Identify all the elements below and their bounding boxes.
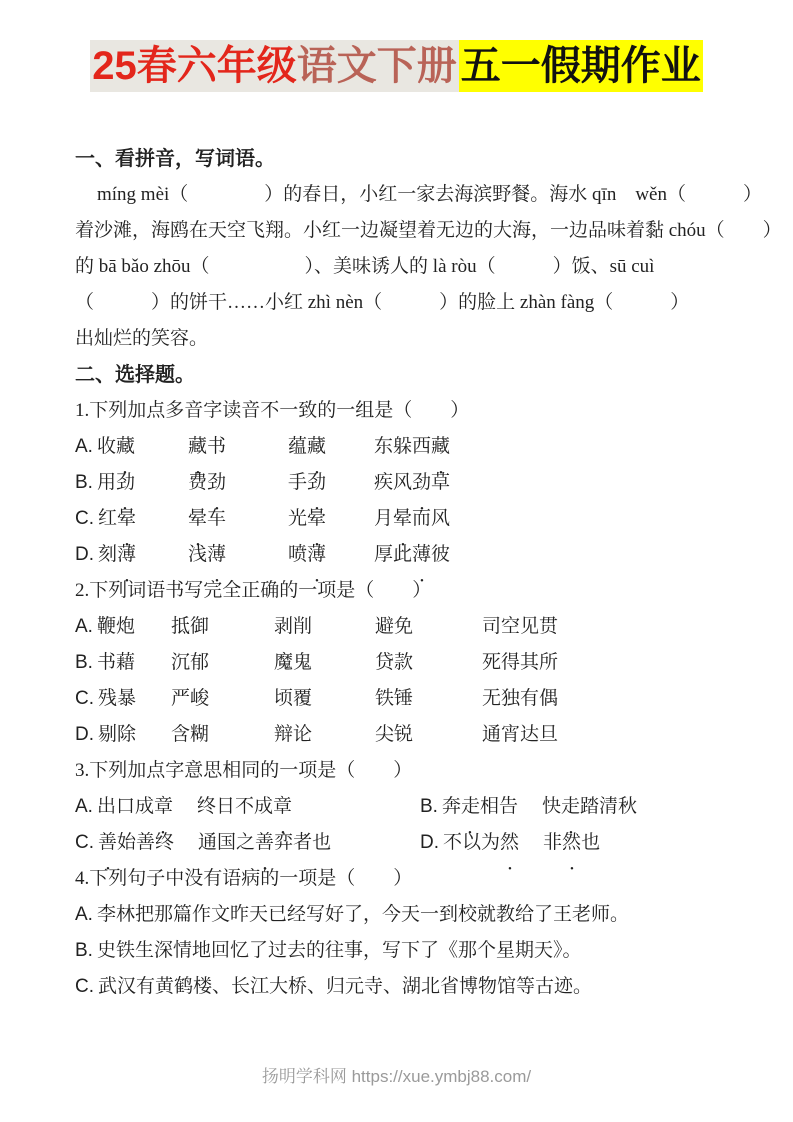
option-sentence: 李林把那篇作文昨天已经写好了，今天一到校就教给了王老师。	[97, 904, 629, 925]
option-word: 辩论	[274, 717, 375, 753]
pinyin-paragraph-line-2: 着沙滩，海鸥在天空飞翔。小红一边凝望着无边的大海，一边品味着黏 chóu（ ）	[75, 213, 725, 249]
question3-options-row-2: C.善始善终通国之善弈者也 D.不以为然非然也	[75, 825, 725, 861]
option-cell: D.刻薄	[75, 537, 188, 573]
question3-option-a: A.出口成章终日不成章	[75, 789, 420, 825]
question2-option-c: C.残暴 严峻 顷覆 铁锤 无独有偶	[75, 681, 725, 717]
option-letter: A.	[75, 796, 93, 817]
option-word: 收藏	[97, 436, 135, 457]
option-word: 铁锤	[375, 681, 482, 717]
question2-stem: 2.下列词语书写完全正确的一项是（ ）	[75, 573, 725, 609]
title-book-text: 语文下册	[297, 44, 457, 88]
option-word: 顷覆	[274, 681, 375, 717]
option-word: 刻薄	[98, 544, 136, 565]
option-word: 沉郁	[171, 645, 274, 681]
option-word: 厚此薄彼	[374, 537, 725, 573]
option-letter: C.	[75, 832, 94, 853]
option-letter: C.	[75, 688, 94, 709]
option-word: 抵御	[171, 609, 274, 645]
option-word: 晕车	[188, 501, 288, 537]
question4-option-b: B.史铁生深情地回忆了过去的往事，写下了《那个星期天》。	[75, 933, 725, 969]
option-word: 剔除	[98, 724, 136, 745]
option-phrase: 出口成章	[97, 796, 173, 817]
option-phrase: 终日不成章	[197, 796, 292, 817]
option-word: 月晕而风	[374, 501, 725, 537]
question2-option-a: A.鞭炮 抵御 剥削 避免 司空见贯	[75, 609, 725, 645]
question4-option-a: A.李林把那篇作文昨天已经写好了，今天一到校就教给了王老师。	[75, 897, 725, 933]
title-grade-text: 25春六年级	[92, 44, 297, 88]
option-word: 尖锐	[375, 717, 482, 753]
question1-option-d: D.刻薄 浅薄 喷薄 厚此薄彼	[75, 537, 725, 573]
option-word: 书藉	[97, 652, 135, 673]
option-cell: D.剔除	[75, 717, 171, 753]
option-phrase: 通国之善弈者也	[198, 832, 331, 853]
option-phrase: 非然也	[543, 832, 600, 853]
option-word: 通宵达旦	[482, 717, 725, 753]
option-letter: A.	[75, 436, 93, 457]
option-word: 喷薄	[288, 537, 374, 573]
question1-option-a: A.收藏 藏书 蕴藏 东躲西藏	[75, 429, 725, 465]
option-word: 浅薄	[188, 537, 288, 573]
title-course-segment: 25春六年级语文下册	[90, 40, 459, 92]
question3-options-row-1: A.出口成章终日不成章 B.奔走相告快走踏清秋	[75, 789, 725, 825]
option-word: 红晕	[98, 508, 136, 529]
option-cell: B.书藉	[75, 645, 171, 681]
option-phrase: 快走踏清秋	[542, 796, 637, 817]
option-sentence: 史铁生深情地回忆了过去的往事，写下了《那个星期天》。	[97, 940, 582, 961]
question2-option-d: D.剔除 含糊 辩论 尖锐 通宵达旦	[75, 717, 725, 753]
option-letter: B.	[420, 796, 438, 817]
question1-stem: 1.下列加点多音字读音不一致的一组是（ ）	[75, 393, 725, 429]
worksheet-body: 一、看拼音，写词语。 míng mèi（ ）的春日，小红一家去海滨野餐。海水 q…	[75, 141, 725, 1005]
option-letter: A.	[75, 616, 93, 637]
option-word: 避免	[375, 609, 482, 645]
pinyin-paragraph-line-5: 出灿烂的笑容。	[75, 321, 725, 357]
pinyin-paragraph-line-3: 的 bā bǎo zhōu（ ）、美味诱人的 là ròu（ ）饭、sū cuì	[75, 249, 725, 285]
section1-heading: 一、看拼音，写词语。	[75, 141, 725, 177]
worksheet-page: 25春六年级语文下册五一假期作业 一、看拼音，写词语。 míng mèi（ ）的…	[0, 0, 793, 1122]
question3-stem: 3.下列加点字意思相同的一项是（ ）	[75, 753, 725, 789]
option-word: 疾风劲草	[374, 465, 725, 501]
option-word: 手劲	[288, 465, 374, 501]
pinyin-paragraph-line-1: míng mèi（ ）的春日，小红一家去海滨野餐。海水 qīn wěn（ ）	[75, 177, 725, 213]
option-word: 魔鬼	[274, 645, 375, 681]
option-letter: D.	[75, 544, 94, 565]
footer-watermark: 扬明学科网 https://xue.ymbj88.com/	[0, 1062, 793, 1087]
option-phrase: 奔走相告	[442, 796, 518, 817]
option-letter: D.	[420, 832, 439, 853]
question3-option-c: C.善始善终通国之善弈者也	[75, 825, 420, 861]
question3-option-b: B.奔走相告快走踏清秋	[420, 789, 725, 825]
question4-stem: 4.下列句子中没有语病的一项是（ ）	[75, 861, 725, 897]
option-word: 剥削	[274, 609, 375, 645]
question1-option-b: B.用劲 费劲 手劲 疾风劲草	[75, 465, 725, 501]
option-word: 严峻	[171, 681, 274, 717]
option-word: 含糊	[171, 717, 274, 753]
option-word: 东躲西藏	[374, 429, 725, 465]
pinyin-paragraph-line-4: （ ）的饼干……小红 zhì nèn（ ）的脸上 zhàn fàng（ ）	[75, 285, 725, 321]
option-letter: C.	[75, 508, 94, 529]
option-cell: A.鞭炮	[75, 609, 171, 645]
option-cell: C.红晕	[75, 501, 188, 537]
title-highlight-text: 五一假期作业	[459, 40, 703, 92]
option-letter: D.	[75, 724, 94, 745]
option-cell: B.用劲	[75, 465, 188, 501]
option-letter: B.	[75, 652, 93, 673]
option-sentence: 武汉有黄鹤楼、长江大桥、归元寺、湖北省博物馆等古迹。	[98, 976, 592, 997]
question3-option-d: D.不以为然非然也	[420, 825, 725, 861]
page-title: 25春六年级语文下册五一假期作业	[0, 40, 793, 92]
option-word: 残暴	[98, 688, 136, 709]
question4-option-c: C.武汉有黄鹤楼、长江大桥、归元寺、湖北省博物馆等古迹。	[75, 969, 725, 1005]
option-word: 藏书	[188, 429, 288, 465]
option-cell: C.残暴	[75, 681, 171, 717]
option-word: 用劲	[97, 472, 135, 493]
option-word: 蕴藏	[288, 429, 374, 465]
option-letter: B.	[75, 472, 93, 493]
option-word: 无独有偶	[482, 681, 725, 717]
option-word: 死得其所	[482, 645, 725, 681]
option-word: 光晕	[288, 501, 374, 537]
option-word: 司空见贯	[482, 609, 725, 645]
section2-heading: 二、选择题。	[75, 357, 725, 393]
question1-option-c: C.红晕 晕车 光晕 月晕而风	[75, 501, 725, 537]
option-letter: C.	[75, 976, 94, 997]
option-word: 鞭炮	[97, 616, 135, 637]
question2-option-b: B.书藉 沉郁 魔鬼 贷款 死得其所	[75, 645, 725, 681]
option-word: 费劲	[188, 465, 288, 501]
option-letter: A.	[75, 904, 93, 925]
option-phrase: 不以为然	[443, 832, 519, 853]
option-word: 贷款	[375, 645, 482, 681]
option-cell: A.收藏	[75, 429, 188, 465]
option-letter: B.	[75, 940, 93, 961]
